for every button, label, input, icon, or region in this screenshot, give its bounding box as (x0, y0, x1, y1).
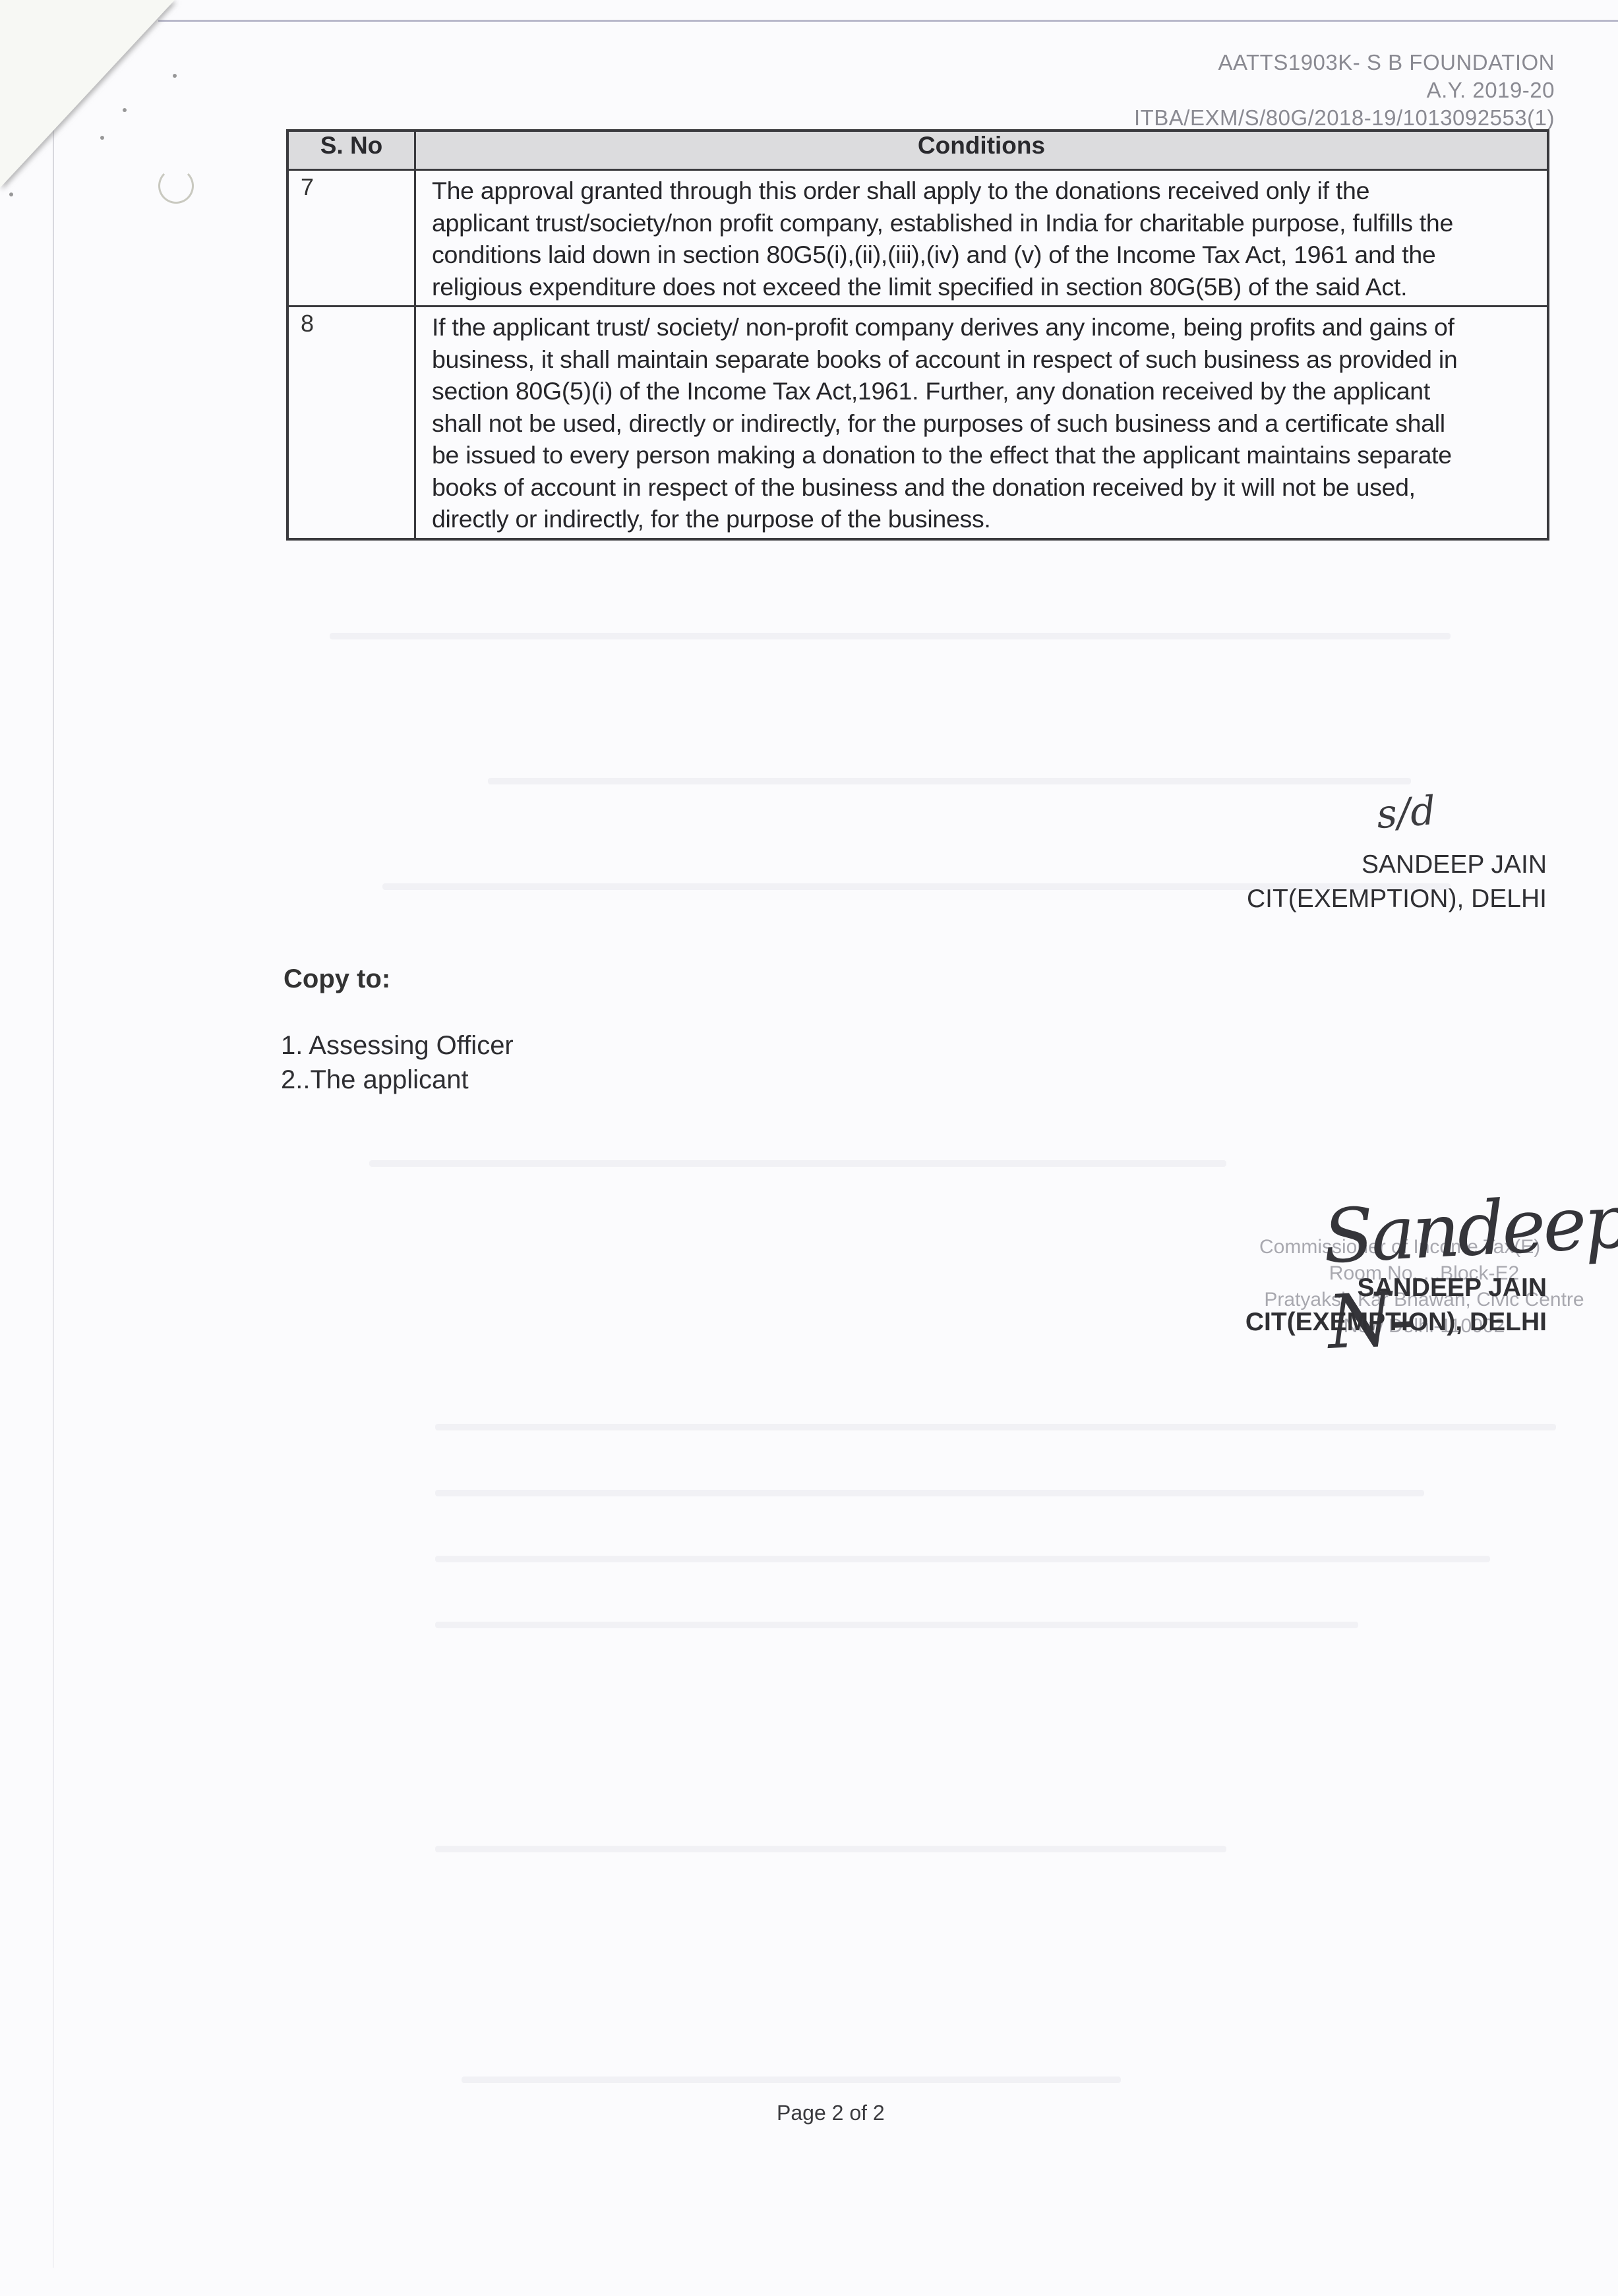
document-reference: AATTS1903K- S B FOUNDATION A.Y. 2019-20 … (1134, 49, 1555, 132)
show-through (330, 633, 1451, 639)
assessment-year: A.Y. 2019-20 (1134, 76, 1555, 104)
scan-speck (9, 192, 13, 196)
show-through (435, 1622, 1358, 1628)
pan-and-entity: AATTS1903K- S B FOUNDATION (1134, 49, 1555, 76)
copy-to-item: 1. Assessing Officer (281, 1028, 514, 1063)
show-through (488, 778, 1411, 784)
table-row: 8 If the applicant trust/ society/ non-p… (287, 307, 1548, 539)
show-through (369, 1160, 1226, 1167)
row-condition: If the applicant trust/ society/ non-pro… (415, 307, 1549, 539)
column-header-sno: S. No (287, 131, 415, 170)
show-through (462, 2076, 1121, 2083)
show-through (435, 1556, 1490, 1562)
show-through (435, 1490, 1424, 1496)
signatory-name: SANDEEP JAIN (1245, 1271, 1547, 1305)
signatory-designation: CIT(EXEMPTION), DELHI (1247, 882, 1547, 916)
show-through (435, 1846, 1226, 1852)
copy-to-item: 2..The applicant (281, 1063, 514, 1097)
column-header-conditions: Conditions (415, 131, 1549, 170)
copy-to-list: 1. Assessing Officer 2..The applicant (281, 1028, 514, 1097)
page-edge-line (53, 125, 54, 2268)
row-condition: The approval granted through this order … (415, 170, 1549, 307)
signatory-designation: CIT(EXEMPTION), DELHI (1245, 1305, 1547, 1339)
page-number: Page 2 of 2 (777, 2101, 885, 2125)
folded-corner (0, 0, 175, 188)
row-sno: 7 (287, 170, 415, 307)
table-header-row: S. No Conditions (287, 131, 1548, 170)
conditions-table: S. No Conditions 7 The approval granted … (286, 129, 1549, 541)
page-edge-line (158, 20, 1618, 22)
copy-to-heading: Copy to: (284, 964, 390, 994)
signed-mark: s/d (1375, 788, 1437, 838)
row-sno: 8 (287, 307, 415, 539)
signatory-name: SANDEEP JAIN (1247, 848, 1547, 882)
signature-block: SANDEEP JAIN CIT(EXEMPTION), DELHI (1247, 848, 1547, 916)
show-through (435, 1424, 1556, 1430)
table-row: 7 The approval granted through this orde… (287, 170, 1548, 307)
order-number: ITBA/EXM/S/80G/2018-19/1013092553(1) (1134, 104, 1555, 132)
signature-block: SANDEEP JAIN CIT(EXEMPTION), DELHI (1245, 1271, 1547, 1339)
